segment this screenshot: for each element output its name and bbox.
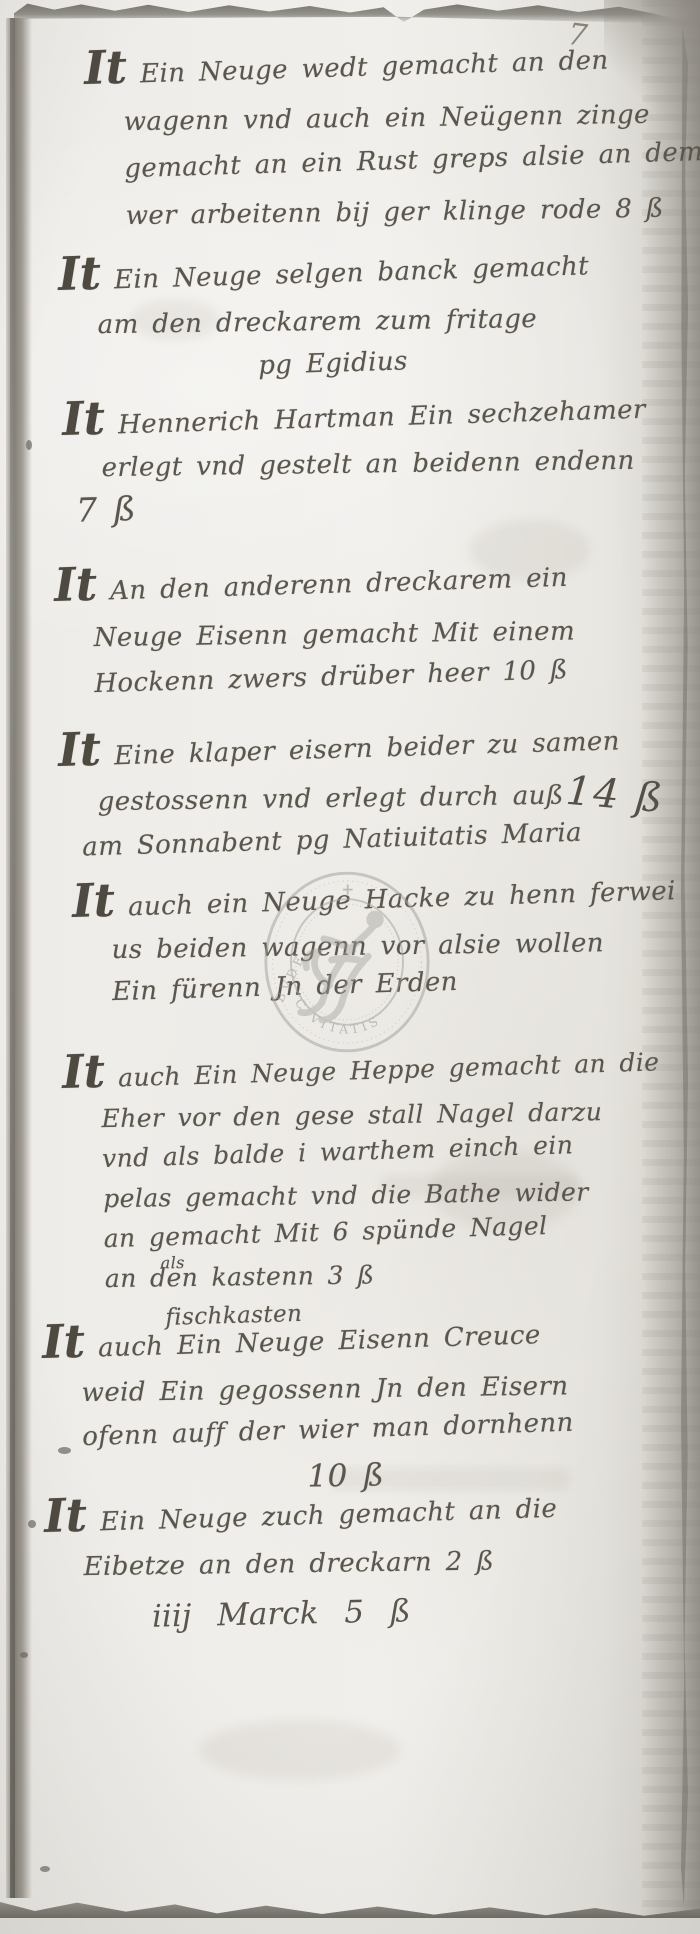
- ledger-entry-8: Itauch Ein Neuge Eisenn Creuce weid Ein …: [42, 1309, 575, 1504]
- entry-text: Hennerich Hartman Ein sechzehamer: [118, 395, 646, 441]
- seal-cross-icon: +: [341, 879, 354, 898]
- entry-line: ItEin Neuge wedt gemacht an den: [84, 27, 700, 100]
- item-mark: It: [71, 873, 115, 928]
- item-mark: It: [41, 1314, 85, 1369]
- item-mark: It: [61, 391, 105, 446]
- item-mark: It: [57, 246, 101, 301]
- item-mark: It: [43, 1488, 87, 1543]
- scan-background-strip: [0, 1918, 700, 1934]
- rampant-lion-icon: [301, 911, 384, 1020]
- ledger-entry-7: Itauch Ein Neuge Heppe gemacht an die Eh…: [62, 1039, 665, 1339]
- entry-text: Ein Neuge zuch gemacht an die: [100, 1494, 558, 1538]
- margin-amount: 14 ß: [564, 768, 666, 822]
- entry-line: pg Egidius: [258, 334, 592, 388]
- entry-text: auch Ein Neuge Eisenn Creuce: [98, 1320, 541, 1363]
- binding-edge: [6, 18, 32, 1898]
- ledger-entry-4: ItAn den anderenn dreckarem ein Neuge Ei…: [54, 551, 576, 708]
- entry-text: Ein Neuge selgen banck gemacht: [114, 251, 590, 295]
- entry-line: ItAn den anderenn dreckarem ein: [54, 547, 575, 616]
- item-mark: It: [53, 557, 97, 612]
- item-mark: It: [57, 722, 101, 777]
- ledger-entry-9: ItEin Neuge zuch gemacht an die Eibetze …: [44, 1483, 559, 1590]
- manuscript-page-scan: 7 ItEin Neuge wedt gemacht an den wagenn…: [0, 0, 700, 1934]
- entry-text: An den anderenn dreckarem ein: [110, 563, 568, 607]
- ledger-entry-3: ItHennerich Hartman Ein sechzehamer erle…: [62, 386, 648, 532]
- ink-speck: [40, 1866, 50, 1872]
- ink-speck: [20, 1652, 28, 1658]
- inserted-word: als: [160, 1243, 185, 1283]
- entry-line: ItEin Neuge selgen banck gemacht: [58, 236, 590, 304]
- ink-speck: [28, 1520, 36, 1528]
- sum-line: iiij Marck 5 ß: [152, 1593, 411, 1634]
- ledger-entry-1: ItEin Neuge wedt gemacht an den wagenn v…: [84, 32, 700, 241]
- paper-stain: [200, 1720, 400, 1780]
- ledger-entry-2: ItEin Neuge selgen banck gemacht am den …: [58, 241, 592, 392]
- entry-line: ItEine klaper eisern beider zu samen: [58, 711, 621, 781]
- entry-text: Eine klaper eisern beider zu samen: [114, 726, 621, 771]
- entry-line: wer arbeitenn bij ger klinge rode 8 ß: [125, 185, 700, 240]
- item-mark: It: [83, 40, 127, 95]
- entry-text: Ein Neuge wedt gemacht an den: [140, 45, 609, 89]
- ink-speck: [26, 440, 32, 450]
- entry-line: ItHennerich Hartman Ein sechzehamer: [62, 381, 647, 448]
- city-seal-stamp: CIVITATIS BVDE +: [262, 866, 432, 1058]
- item-mark: It: [61, 1044, 105, 1099]
- ledger-entry-5: ItEine klaper eisern beider zu samen ges…: [58, 716, 623, 871]
- entry-text: an den kastenn 3 ß: [105, 1260, 375, 1293]
- entry-line: Eibetze an den dreckarn 2 ß: [83, 1539, 559, 1590]
- page-edge-bottom: [0, 1890, 700, 1920]
